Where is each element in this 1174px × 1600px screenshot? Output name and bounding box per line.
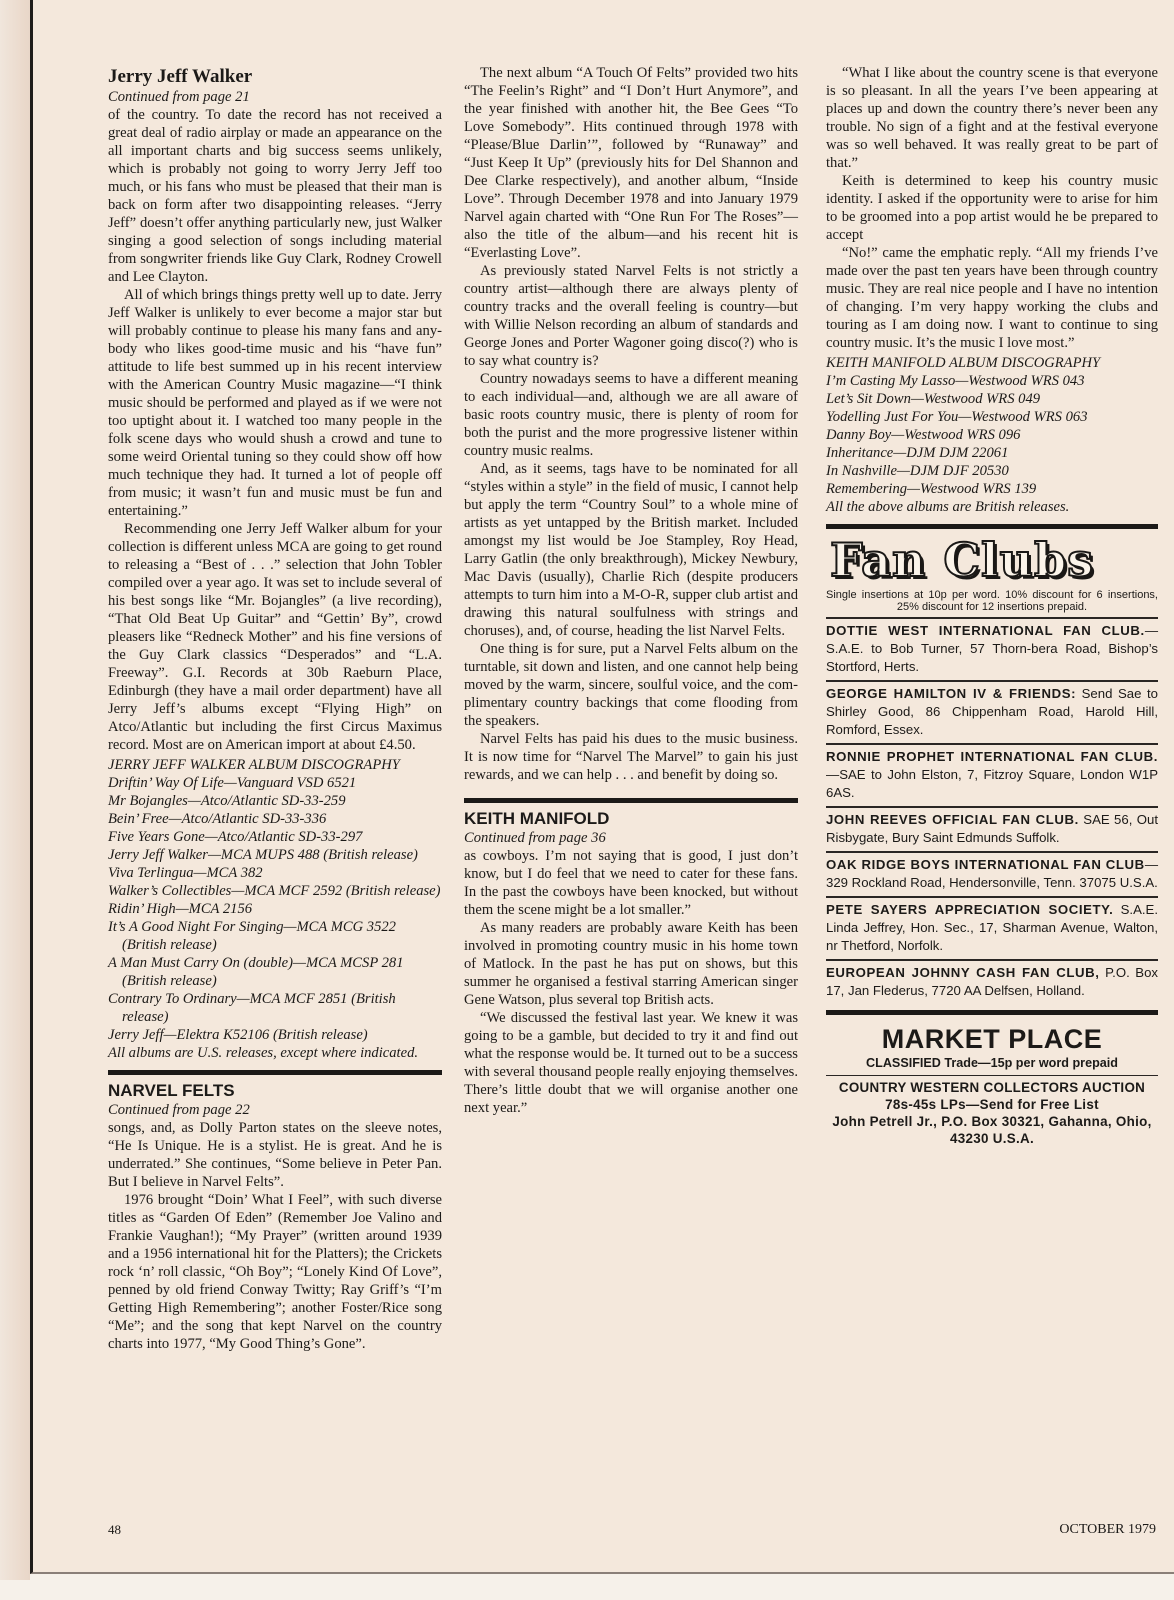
fan-club-details: —SAE to John Elston, 7, Fitzroy Square, … (826, 767, 1158, 800)
paragraph: Narvel Felts has paid his dues to the mu… (464, 730, 798, 784)
discography-list: Driftin’ Way Of Life—Vanguard VSD 6521 M… (108, 774, 442, 1044)
fan-club-entry: GEORGE HAMILTON IV & FRIENDS: Send Sae t… (826, 685, 1158, 739)
divider (826, 680, 1158, 682)
market-place-subtitle: CLASSIFIED Trade—15p per word prepaid (826, 1055, 1158, 1071)
continued-note: Continued from page 36 (464, 829, 798, 847)
divider (826, 959, 1158, 961)
page-binding-edge (0, 0, 30, 1580)
page-number: 48 (108, 1522, 121, 1538)
section-divider (464, 798, 798, 803)
discography-note: All albums are U.S. releases, except whe… (108, 1044, 442, 1062)
fan-club-entry: PETE SAYERS APPRECIATION SOCIETY. S.A.E.… (826, 901, 1158, 955)
paragraph: as cowboys. I’m not saying that is good,… (464, 847, 798, 919)
discography-item: Viva Terlingua—MCA 382 (108, 864, 442, 882)
discography-item: It’s A Good Night For Singing—MCA MCG 35… (108, 918, 442, 954)
discography-item: Ridin’ High—MCA 2156 (108, 900, 442, 918)
fan-club-entry: DOTTIE WEST INTERNATIONAL FAN CLUB.—S.A.… (826, 622, 1158, 676)
fan-club-name: JOHN REEVES OFFICIAL FAN CLUB. (826, 812, 1079, 827)
paragraph: Recommending one Jerry Jeff Walker album… (108, 520, 442, 754)
discography-list: I’m Casting My Lasso—Westwood WRS 043 Le… (826, 372, 1158, 498)
fan-club-entry: JOHN REEVES OFFICIAL FAN CLUB. SAE 56, O… (826, 811, 1158, 847)
paragraph: One thing is for sure, put a Narvel Felt… (464, 640, 798, 730)
discography-heading: JERRY JEFF WALKER ALBUM DISCOGRAPHY (108, 756, 442, 774)
divider (826, 617, 1158, 619)
discography-item: Walker’s Collectibles—MCA MCF 2592 (Brit… (108, 882, 442, 900)
fan-club-name: RONNIE PROPHET INTERNATIONAL FAN CLUB. (826, 749, 1158, 764)
ad-heading: COUNTRY WESTERN COLLECTORS AUCTION (826, 1079, 1158, 1096)
article-title-narvel-felts: NARVEL FELTS (108, 1081, 442, 1101)
fan-club-name: OAK RIDGE BOYS INTERNATIONAL FAN CLUB (826, 857, 1145, 872)
discography-item: In Nashville—DJM DJF 20530 (826, 462, 1158, 480)
discography-item: Danny Boy—Westwood WRS 096 (826, 426, 1158, 444)
fan-club-entry: EUROPEAN JOHNNY CASH FAN CLUB, P.O. Box … (826, 964, 1158, 1000)
discography-item: Bein’ Free—Atco/Atlantic SD-33-336 (108, 810, 442, 828)
divider (826, 851, 1158, 853)
ad-address: John Petrell Jr., P.O. Box 30321, Gahann… (826, 1113, 1158, 1147)
section-divider (826, 524, 1158, 529)
paragraph: Country nowadays seems to have a differe… (464, 370, 798, 460)
fan-club-entry: RONNIE PROPHET INTERNATIONAL FAN CLUB.—S… (826, 748, 1158, 802)
paragraph: songs, and, as Dolly Parton states on th… (108, 1119, 442, 1191)
discography-item: A Man Must Carry On (double)—MCA MCSP 28… (108, 954, 442, 990)
discography-item: Jerry Jeff Walker—MCA MUPS 488 (British … (108, 846, 442, 864)
continued-note: Continued from page 21 (108, 88, 442, 106)
paragraph: Keith is determined to keep his country … (826, 172, 1158, 244)
discography-item: I’m Casting My Lasso—Westwood WRS 043 (826, 372, 1158, 390)
paragraph: “No!” came the emphatic reply. “All my f… (826, 244, 1158, 352)
section-divider (826, 1010, 1158, 1015)
fan-club-name: PETE SAYERS APPRECIATION SOCIETY. (826, 902, 1113, 917)
discography-item: Jerry Jeff—Elektra K52106 (British relea… (108, 1026, 442, 1044)
discography-item: Mr Bojangles—Atco/Atlantic SD-33-259 (108, 792, 442, 810)
ad-line: 78s-45s LPs—Send for Free List (826, 1096, 1158, 1113)
discography-item: Let’s Sit Down—Westwood WRS 049 (826, 390, 1158, 408)
column-3: “What I like about the country scene is … (826, 64, 1158, 1147)
column-2: The next album “A Touch Of Felts” provid… (464, 64, 798, 1117)
divider (826, 743, 1158, 745)
paragraph: All of which brings things pretty well u… (108, 286, 442, 520)
section-divider (108, 1070, 442, 1075)
paragraph: “What I like about the country scene is … (826, 64, 1158, 172)
paragraph: As previously stated Narvel Felts is not… (464, 262, 798, 370)
market-place-heading: MARKET PLACE (826, 1023, 1158, 1055)
continued-note: Continued from page 22 (108, 1101, 442, 1119)
paragraph: And, as it seems, tags have to be nomina… (464, 460, 798, 640)
column-1: Jerry Jeff Walker Continued from page 21… (108, 64, 442, 1353)
discography-heading: KEITH MANIFOLD ALBUM DISCOGRAPHY (826, 354, 1158, 372)
paragraph: of the country. To date the record has n… (108, 106, 442, 286)
discography-item: Five Years Gone—Atco/Atlantic SD-33-297 (108, 828, 442, 846)
article-title-jerry-jeff-walker: Jerry Jeff Walker (108, 66, 442, 88)
issue-date: OCTOBER 1979 (1059, 1522, 1156, 1538)
fan-clubs-rates: Single insertions at 10p per word. 10% d… (826, 589, 1158, 613)
divider (826, 896, 1158, 898)
fan-club-name: EUROPEAN JOHNNY CASH FAN CLUB, (826, 965, 1100, 980)
discography-note: All the above albums are British release… (826, 498, 1158, 516)
paragraph: 1976 brought “Doin’ What I Feel”, with s… (108, 1191, 442, 1353)
fan-club-name: GEORGE HAMILTON IV & FRIENDS: (826, 686, 1076, 701)
fan-club-entry: OAK RIDGE BOYS INTERNATIONAL FAN CLUB—32… (826, 856, 1158, 892)
discography-item: Driftin’ Way Of Life—Vanguard VSD 6521 (108, 774, 442, 792)
paragraph: As many readers are probably aware Keith… (464, 919, 798, 1009)
discography-item: Remembering—Westwood WRS 139 (826, 480, 1158, 498)
divider (826, 806, 1158, 808)
discography-item: Contrary To Ordinary—MCA MCF 2851 (Briti… (108, 990, 442, 1026)
paragraph: “We discussed the festival last year. We… (464, 1009, 798, 1117)
classified-ad: COUNTRY WESTERN COLLECTORS AUCTION 78s-4… (826, 1079, 1158, 1147)
divider (826, 1075, 1158, 1076)
article-title-keith-manifold: KEITH MANIFOLD (464, 809, 798, 829)
discography-item: Yodelling Just For You—Westwood WRS 063 (826, 408, 1158, 426)
fan-club-name: DOTTIE WEST INTERNATIONAL FAN CLUB. (826, 623, 1145, 638)
discography-item: Inheritance—DJM DJM 22061 (826, 444, 1158, 462)
fan-clubs-heading: Fan Clubs (830, 535, 1158, 585)
paragraph: The next album “A Touch Of Felts” provid… (464, 64, 798, 262)
